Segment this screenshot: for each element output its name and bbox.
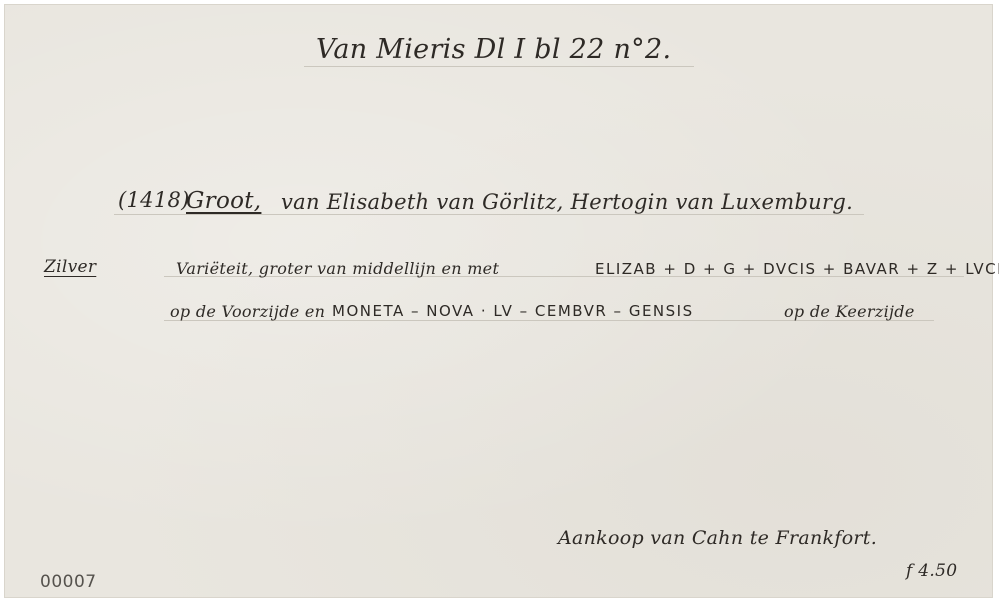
heading-coin-type: Groot, <box>186 188 261 214</box>
provenance-note: Aankoop van Cahn te Frankfort. <box>558 527 877 549</box>
reverse-legend: MONETA – NOVA · LV – CEMBVR – GENSIS <box>332 302 694 320</box>
guide-line <box>304 66 694 67</box>
price-note: f 4.50 <box>906 561 957 581</box>
guide-line <box>114 214 864 215</box>
description-line-2-suffix: op de Keerzijde <box>784 302 915 321</box>
reference-title: Van Mieris Dl I bl 22 n°2. <box>316 34 671 65</box>
catalog-card: Van Mieris Dl I bl 22 n°2. (1418) Groot,… <box>4 4 993 598</box>
description-line-1: Variëteit, groter van middellijn en met <box>176 259 499 278</box>
obverse-legend: ELIZAB + D + G + DVCIS + BAVAR + Z + LVC… <box>595 260 999 278</box>
inventory-number: 00007 <box>40 572 97 592</box>
metal-label: Zilver <box>44 257 96 277</box>
description-line-2-prefix: op de Voorzijde en <box>170 302 325 321</box>
heading-description: van Elisabeth van Görlitz, Hertogin van … <box>281 190 853 214</box>
heading-year: (1418) <box>118 188 190 212</box>
